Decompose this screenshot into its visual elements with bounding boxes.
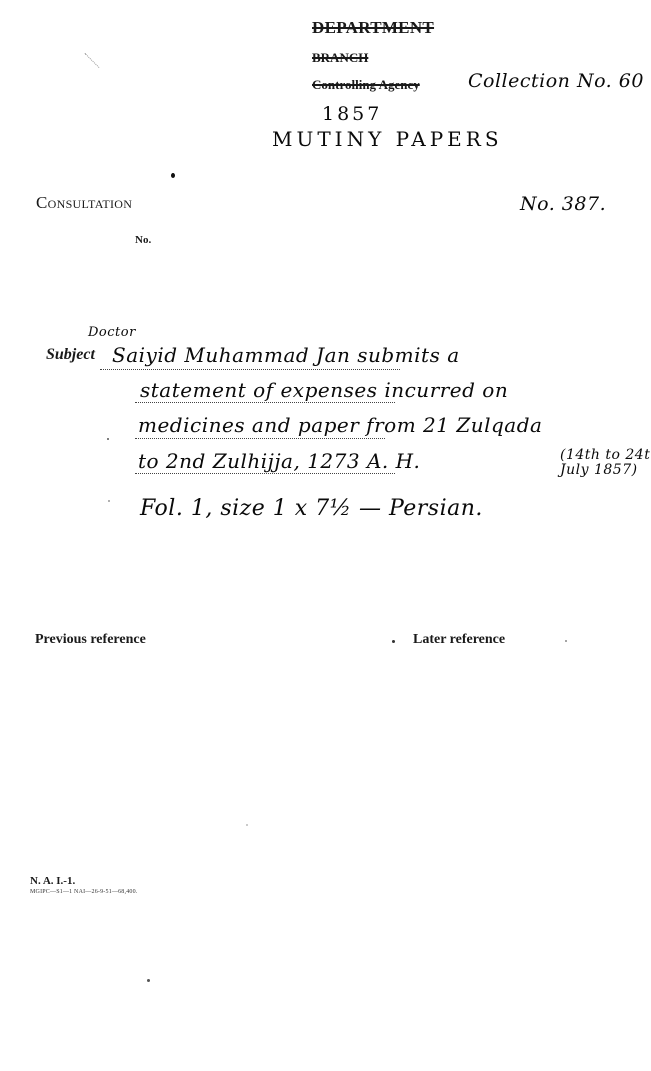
date-note-line: July 1857) xyxy=(560,463,651,478)
subject-line: medicines and paper from 21 Zulqada xyxy=(138,413,542,437)
scan-speck xyxy=(107,438,109,440)
scan-speck xyxy=(108,500,110,502)
controlling-agency-value: Collection No. 60 xyxy=(468,70,644,92)
scan-speck xyxy=(147,979,150,982)
branch-label: BRANCH xyxy=(312,50,368,66)
date-note-line: (14th to 24th xyxy=(560,448,651,463)
subject-line: Saiyid Muhammad Jan submits a xyxy=(112,343,460,367)
form-code: N. A. I.-1. xyxy=(30,875,75,887)
ruled-line xyxy=(135,438,385,439)
consultation-label: Consultation xyxy=(36,193,132,213)
number-label: No. xyxy=(135,234,151,246)
scan-speck xyxy=(171,173,175,178)
collection-title: MUTINY PAPERS xyxy=(272,127,503,151)
year-annotation: 1857 xyxy=(322,103,382,125)
subject-line: statement of expenses incurred on xyxy=(140,378,508,402)
subject-insert-annotation: Doctor xyxy=(88,325,136,340)
subject-label: Subject xyxy=(46,346,95,364)
scan-speck xyxy=(246,824,248,826)
later-reference-label: Later reference xyxy=(413,632,505,648)
ruled-line xyxy=(100,369,400,370)
previous-reference-label: Previous reference xyxy=(35,632,146,648)
subject-line: to 2nd Zulhijja, 1273 A. H. xyxy=(138,449,420,473)
date-note: (14th to 24th July 1857) xyxy=(560,448,651,478)
controlling-agency-label: Controlling Agency xyxy=(312,77,420,93)
dot-mark xyxy=(565,640,567,642)
ruled-line xyxy=(135,402,395,403)
subject-line: Fol. 1, size 1 x 7½ — Persian. xyxy=(140,496,483,521)
department-label: DEPARTMENT xyxy=(312,18,434,38)
consultation-number: No. 387. xyxy=(520,193,606,215)
scan-mark xyxy=(85,53,100,68)
dot-mark xyxy=(392,640,395,643)
ruled-line xyxy=(135,473,395,474)
print-line: MGIPC—S1—1 NAI—26-9-51—68,400. xyxy=(30,889,138,895)
